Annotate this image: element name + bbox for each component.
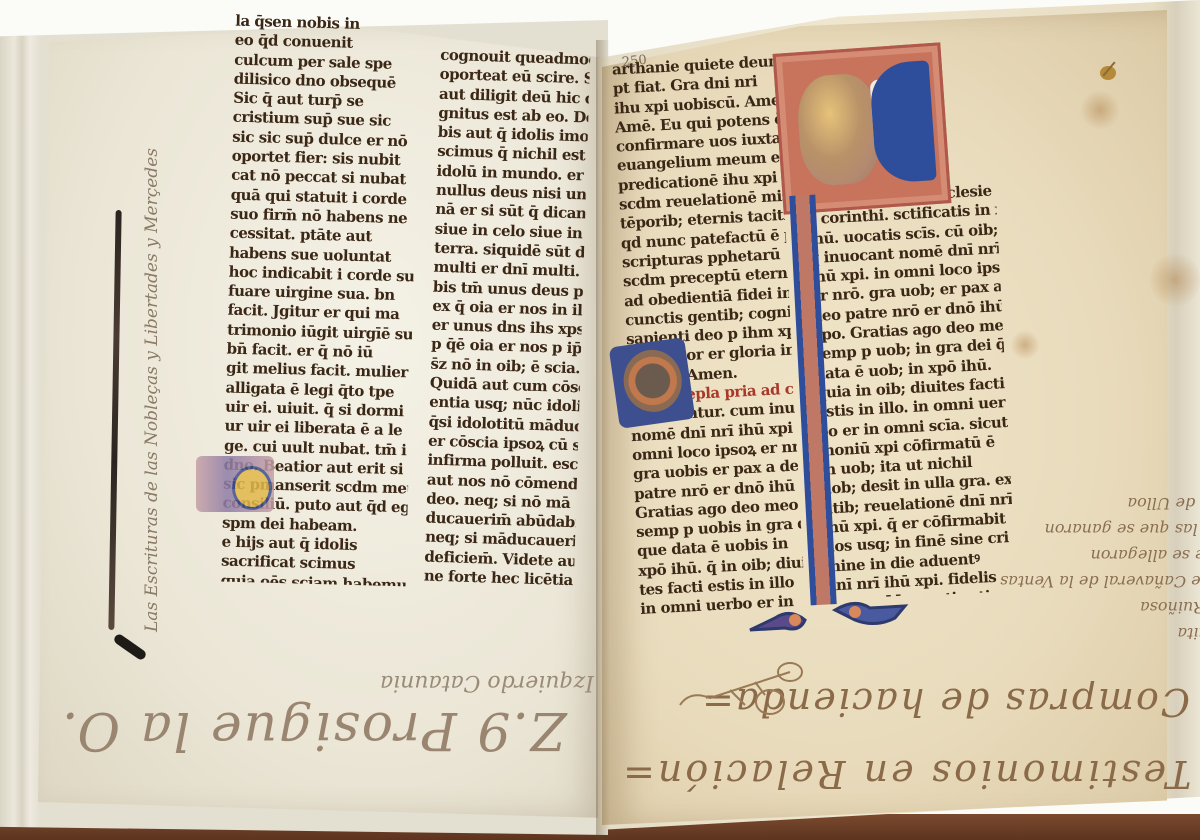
left-text-column-b: cognouit queadmodūoporteat eū scire. Si … (424, 46, 591, 590)
initial-flourish-icon (745, 598, 910, 638)
inverted-note-small-left: Izquierdo Cataunia (380, 670, 594, 695)
historiated-initial-p (773, 42, 952, 214)
manuscript-photo: la q̄sen nobis ineo q̄d conuenitculcum p… (0, 0, 1200, 840)
book-gutter (596, 40, 610, 840)
initial-blue-field (869, 60, 937, 184)
right-text-column-d: sostenes frater ecclesie dei q̄ē corinth… (805, 181, 1016, 600)
gold-initial-letter (232, 466, 272, 510)
inverted-note-large-left: Z.9 Prosigue la O. (60, 700, 566, 760)
vertical-margin-note: Las Escrituras de las Nobleças y Liberta… (142, 148, 162, 632)
initial-ornament (620, 346, 686, 415)
stain (1080, 90, 1120, 130)
inverted-right-margin-note: Ziuita la Ruiñosa y de Cañaveral de la V… (1000, 490, 1200, 646)
illuminated-initial-left (196, 456, 274, 512)
right-text-column-c: arthanie quiete deumpt fiat. Gra dni nri… (611, 52, 805, 620)
key-doodle-icon (670, 660, 820, 720)
stain (1010, 330, 1040, 360)
illuminated-initial-right (609, 337, 696, 429)
inverted-note-testimonios: Testimonios en Relación= (620, 752, 1191, 796)
stain (1150, 250, 1200, 310)
